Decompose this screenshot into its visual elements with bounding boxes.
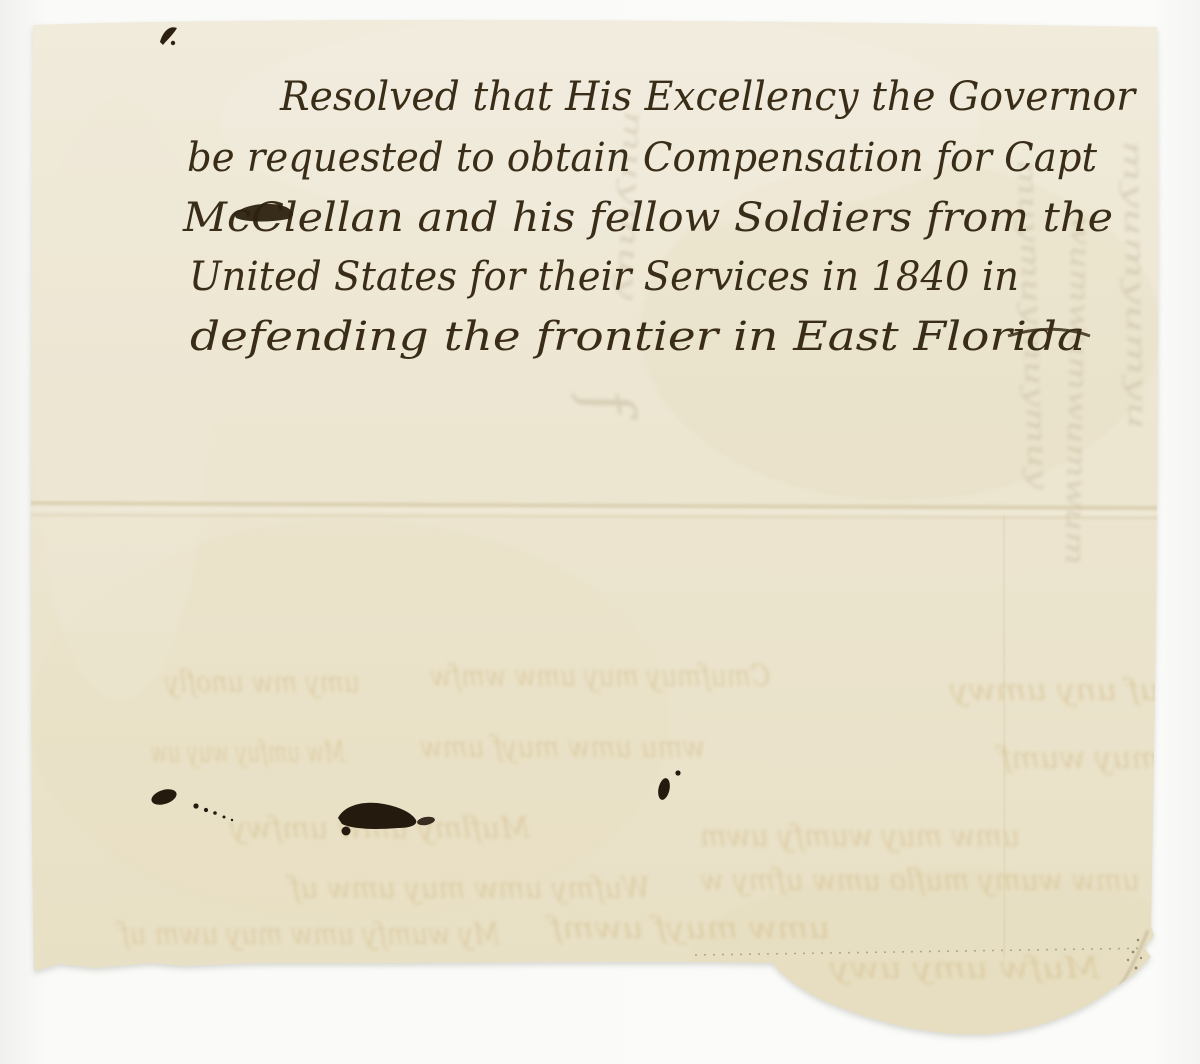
- bleedthrough-stroke: umw wumy muflo umw ufmy w: [700, 863, 1140, 898]
- bleedthrough-stroke: Cmufmuy muy umw wmfw: [430, 659, 770, 694]
- handwriting: Resolved that His Excellency the Governo…: [182, 74, 1138, 360]
- bleedthrough-stroke: umw muyf uwmf: [545, 911, 830, 946]
- bleedthrough-stroke: uf uny umwy: [949, 673, 1160, 708]
- scan-background: umy mw unofly Cmufmuy muy umw wmfw uf un…: [0, 0, 1200, 1064]
- bleedthrough-stroke: wmu umw muyf umw: [420, 730, 705, 765]
- handwriting-line-3: McClellan and his fellow Soldiers from t…: [182, 195, 1113, 241]
- bleedthrough-stroke: umy mw unofly: [164, 665, 360, 700]
- bleedthrough-stroke: umw muy wumfy uwm: [700, 819, 1020, 854]
- handwriting-line-4: United States for their Services in 1840…: [189, 254, 1019, 300]
- bleedthrough-stroke: Mw umfuy wuy uw: [150, 735, 346, 770]
- document-scan: umy mw unofly Cmufmuy muy umw wmfw uf un…: [0, 0, 1200, 1064]
- bleedthrough-stroke: Mufw umy uwy: [829, 951, 1101, 986]
- bleedthrough-stroke: Wufmy umw muy umw uf: [285, 871, 650, 906]
- bleedthrough-stroke: muy wumf: [995, 741, 1160, 776]
- handwriting-line-1: Resolved that His Excellency the Governo…: [279, 74, 1138, 120]
- bleedthrough-stroke: My wumfy umw muy uwm uf: [116, 917, 501, 952]
- handwriting-line-2: be requested to obtain Compensation for …: [187, 135, 1098, 181]
- bleedthrough-column: wumwumwumwum: [1059, 215, 1095, 565]
- bleedthrough-column: myumyumyu: [1117, 140, 1152, 430]
- handwriting-line-5: defending the frontier in East Florida: [190, 314, 1085, 360]
